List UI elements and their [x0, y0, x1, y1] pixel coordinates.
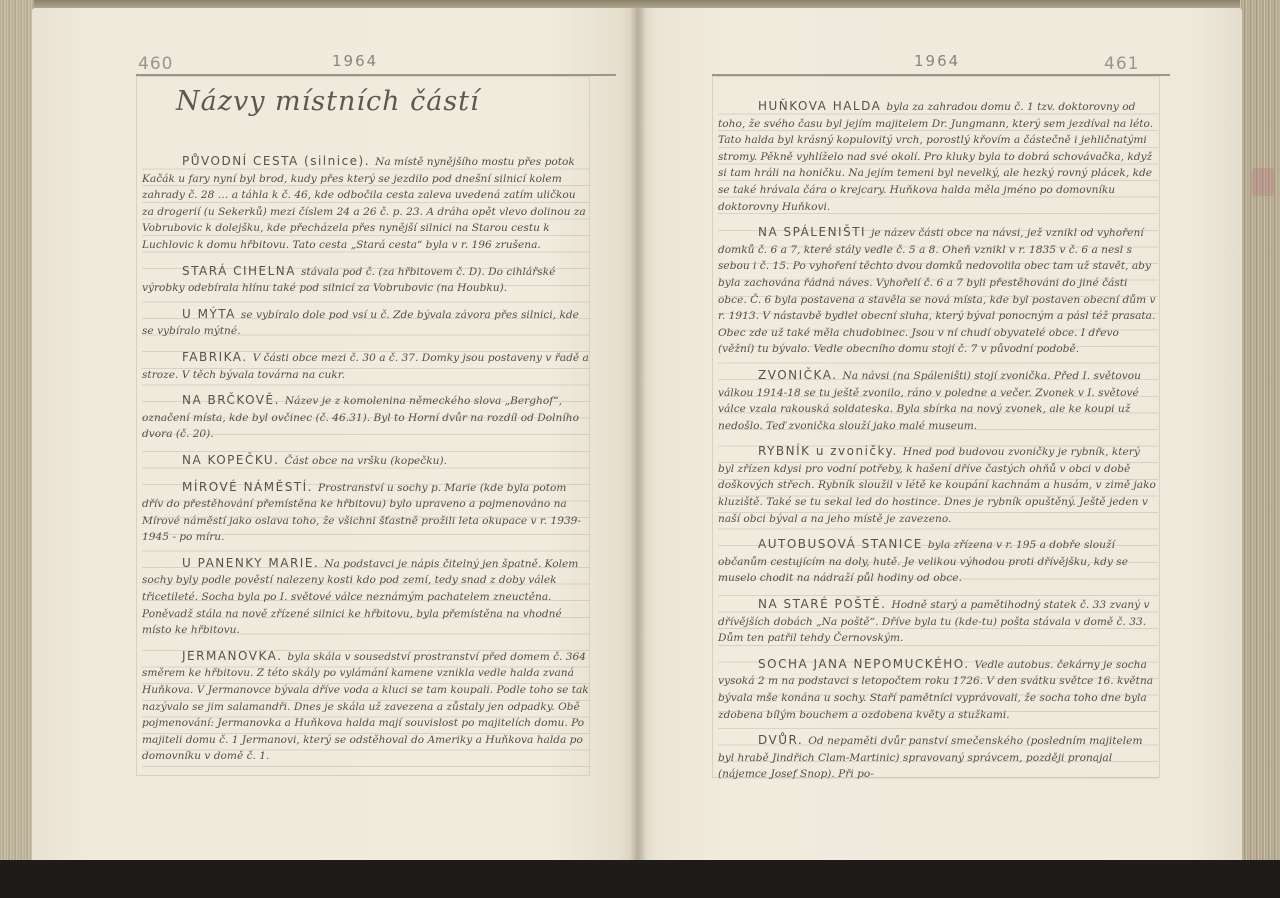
entry-stara-cihelna: STARÁ CIHELNAstávala pod č. (za hřbitove…	[142, 263, 590, 297]
entry-list: PŮVODNÍ CESTA (silnice).Na místě nynější…	[142, 153, 590, 774]
entry-heading: U MÝTA	[182, 307, 236, 321]
page-year: 1964	[914, 52, 960, 70]
entry-dvur: DVŮR.Od nepaměti dvůr panství smečenskéh…	[718, 732, 1158, 783]
page-year: 1964	[332, 52, 378, 70]
entry-heading: STARÁ CIHELNA	[182, 264, 296, 278]
entry-text: Část obce na vršku (kopečku).	[285, 455, 447, 467]
chapter-title: Názvy místních částí	[176, 86, 480, 117]
entry-na-brckove: NA BRČKOVĚ.Název je z komolenina německé…	[142, 392, 590, 443]
entry-mirove-namesti: MÍROVÉ NÁMĚSTÍ.Prostranství u sochy p. M…	[142, 479, 590, 546]
left-page: 460 1964 Názvy místních částí PŮVODNÍ CE…	[32, 8, 638, 860]
entry-jermanovka: JERMANOVKA.byla skála v sousedství prost…	[142, 648, 590, 765]
entry-u-myta: U MÝTAse vybíralo dole pod vsí u č. Zde …	[142, 306, 590, 340]
entry-heading: U PANENKY MARIE.	[182, 556, 319, 570]
entry-heading: AUTOBUSOVÁ STANICE	[758, 537, 923, 551]
entry-puvodni-cesta: PŮVODNÍ CESTA (silnice).Na místě nynější…	[142, 153, 590, 254]
entry-heading: ZVONIČKA.	[758, 368, 838, 382]
entry-heading: NA SPÁLENIŠTI	[758, 225, 866, 239]
left-page-edges	[0, 0, 34, 880]
entry-text: byla za zahradou domu č. 1 tzv. doktorov…	[718, 101, 1153, 213]
entry-heading: SOCHA JANA NEPOMUCKÉHO.	[758, 657, 970, 671]
entry-heading: FABRIKA.	[182, 350, 248, 364]
entry-heading: MÍROVÉ NÁMĚSTÍ.	[182, 480, 313, 494]
entry-fabrika: FABRIKA.V části obce mezi č. 30 a č. 37.…	[142, 349, 590, 383]
entry-socha-jana-nepomuckeho: SOCHA JANA NEPOMUCKÉHO.Vedle autobus. če…	[718, 656, 1158, 723]
entry-u-panenky-marie: U PANENKY MARIE.Na podstavci je nápis či…	[142, 555, 590, 639]
entry-na-kopecku: NA KOPEČKU.Část obce na vršku (kopečku).	[142, 452, 590, 470]
entry-heading: NA KOPEČKU.	[182, 453, 280, 467]
entry-heading: DVŮR.	[758, 733, 803, 747]
right-page: 1964 461 HUŇKOVA HALDAbyla za zahradou d…	[638, 8, 1242, 860]
entry-zvonicka: ZVONIČKA.Na návsi (na Spáleništi) stojí …	[718, 367, 1158, 434]
book-gutter	[630, 8, 646, 866]
entry-text: Hned pod budovou zvoničky je rybník, kte…	[718, 446, 1156, 524]
entry-heading: NA STARÉ POŠTĚ.	[758, 597, 886, 611]
entry-text: je název části obce na návsi, jež vznikl…	[718, 227, 1156, 355]
entry-heading: RYBNÍK u zvoničky.	[758, 444, 898, 458]
entry-text: Na místě nynějšího mostu přes potok Kačá…	[142, 156, 586, 251]
entry-na-spalenisti: NA SPÁLENIŠTIje název části obce na návs…	[718, 224, 1158, 358]
entry-heading: PŮVODNÍ CESTA (silnice).	[182, 154, 370, 168]
entry-na-stare-poste: NA STARÉ POŠTĚ.Hodně starý a pamětihodný…	[718, 596, 1158, 647]
entry-heading: JERMANOVKA.	[182, 649, 282, 663]
page-number: 461	[1104, 54, 1139, 74]
entry-rybnik: RYBNÍK u zvoničky.Hned pod budovou zvoni…	[718, 443, 1158, 527]
entry-autobusova-stanice: AUTOBUSOVÁ STANICEbyla zřízena v r. 195 …	[718, 536, 1158, 587]
entry-heading: NA BRČKOVĚ.	[182, 393, 280, 407]
entry-hunkova-halda: HUŇKOVA HALDAbyla za zahradou domu č. 1 …	[718, 98, 1158, 215]
library-stamp-mark	[1252, 168, 1274, 196]
right-page-edges	[1240, 0, 1280, 880]
entry-text: byla skála v sousedství prostranství pře…	[142, 651, 589, 763]
page-number: 460	[138, 54, 173, 74]
entry-list: HUŇKOVA HALDAbyla za zahradou domu č. 1 …	[718, 98, 1158, 792]
entry-heading: HUŇKOVA HALDA	[758, 99, 881, 113]
scan-background	[0, 860, 1280, 898]
open-chronicle-book: 460 1964 Názvy místních částí PŮVODNÍ CE…	[0, 0, 1280, 898]
